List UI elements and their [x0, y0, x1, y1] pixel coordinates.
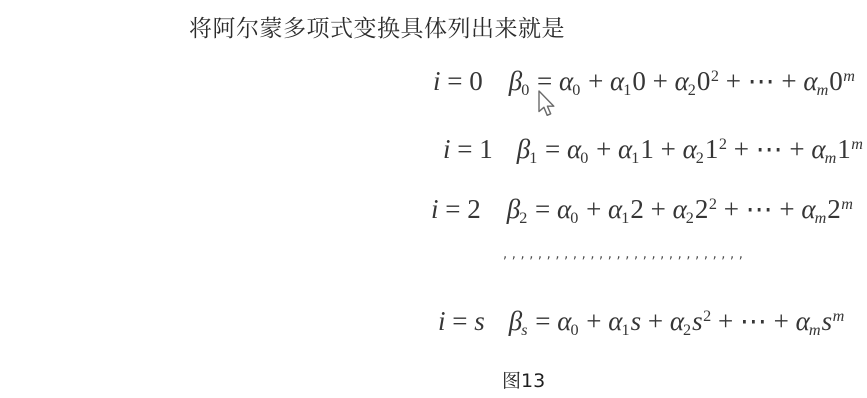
continuation-dots: ,,,,,,,,,,,,,,,,,,,,,,,,,,,,	[503, 247, 748, 262]
math-token: +	[581, 66, 610, 96]
math-token: 0	[697, 66, 711, 96]
math-token: 0	[521, 81, 529, 99]
math-token: +	[654, 134, 683, 164]
math-token: 2	[827, 194, 841, 224]
heading-text: 将阿尔蒙多项式变换具体列出来就是	[189, 10, 565, 43]
math-token: 1	[705, 134, 719, 164]
math-token: α	[673, 194, 687, 224]
formula-row-i0: i = 0β0 = α0 + α10 + α202 + ⋯ + αm0m	[433, 66, 855, 97]
math-token: +	[641, 306, 670, 336]
math-token: 2	[519, 209, 527, 227]
math-token: +	[580, 306, 609, 336]
math-token: 2	[630, 194, 644, 224]
math-token: +	[646, 66, 675, 96]
mouse-cursor	[537, 90, 557, 118]
math-token: 2	[711, 67, 719, 85]
math-token: 1	[837, 134, 851, 164]
math-token: =	[529, 306, 558, 336]
math-token: s	[692, 306, 703, 336]
math-token: 0	[570, 321, 578, 339]
math-token: α	[683, 134, 697, 164]
math-token: + ⋯ +	[711, 306, 795, 336]
math-token: 1	[621, 209, 629, 227]
math-token: α	[675, 66, 689, 96]
formula-row-i1: i = 1β1 = α0 + α11 + α212 + ⋯ + αm1m	[443, 134, 863, 165]
math-token	[485, 329, 509, 330]
math-token: α	[796, 306, 810, 336]
math-token: 0	[829, 66, 843, 96]
math-token: m	[817, 81, 829, 99]
math-token: 1	[623, 81, 631, 99]
math-token: 0	[580, 149, 588, 167]
math-token: i	[438, 306, 446, 336]
math-token: + ⋯ +	[717, 194, 801, 224]
math-token: 0	[572, 81, 580, 99]
math-token: s	[631, 306, 642, 336]
math-token: 2	[703, 307, 711, 325]
math-token: + ⋯ +	[719, 66, 803, 96]
math-token: i	[433, 66, 441, 96]
math-token: 0	[570, 209, 578, 227]
math-token: i	[443, 134, 451, 164]
math-token: m	[841, 195, 853, 213]
math-token: + ⋯ +	[727, 134, 811, 164]
math-token: m	[843, 67, 855, 85]
math-token: = 2	[439, 194, 481, 224]
math-token: 1	[640, 134, 654, 164]
math-token: α	[811, 134, 825, 164]
document-page: 将阿尔蒙多项式变换具体列出来就是 i = 0β0 = α0 + α10 + α2…	[0, 0, 867, 398]
math-token: 2	[719, 135, 727, 153]
math-token	[481, 217, 507, 218]
math-token: 2	[683, 321, 691, 339]
math-token	[483, 89, 509, 90]
formula-row-is: i = sβs = α0 + α1s + α2s2 + ⋯ + αmsm	[438, 306, 844, 337]
math-token: +	[644, 194, 673, 224]
math-token: = 0	[441, 66, 483, 96]
math-token: 1	[529, 149, 537, 167]
math-token: s	[822, 306, 833, 336]
math-token: s	[521, 321, 527, 339]
math-token: 1	[621, 321, 629, 339]
math-token: α	[803, 66, 817, 96]
math-token: m	[833, 307, 845, 325]
math-token: 2	[688, 81, 696, 99]
math-token: s	[474, 306, 485, 336]
math-token: α	[801, 194, 815, 224]
math-token: =	[538, 134, 567, 164]
math-token: m	[825, 149, 837, 167]
math-token: 2	[709, 195, 717, 213]
math-token: = 1	[451, 134, 493, 164]
formula-row-i2: i = 2β2 = α0 + α12 + α222 + ⋯ + αm2m	[431, 194, 853, 225]
math-token: =	[446, 306, 475, 336]
math-token: 2	[696, 149, 704, 167]
math-token: α	[670, 306, 684, 336]
math-token: i	[431, 194, 439, 224]
math-token: 1	[631, 149, 639, 167]
math-token	[493, 157, 517, 158]
math-token: 2	[686, 209, 694, 227]
math-token: m	[809, 321, 821, 339]
math-token: m	[851, 135, 863, 153]
math-token: =	[528, 194, 557, 224]
math-token: 0	[632, 66, 646, 96]
math-token: +	[589, 134, 618, 164]
figure-caption: 图13	[502, 366, 545, 393]
math-token: m	[815, 209, 827, 227]
math-token: 2	[695, 194, 709, 224]
math-token: +	[579, 194, 608, 224]
